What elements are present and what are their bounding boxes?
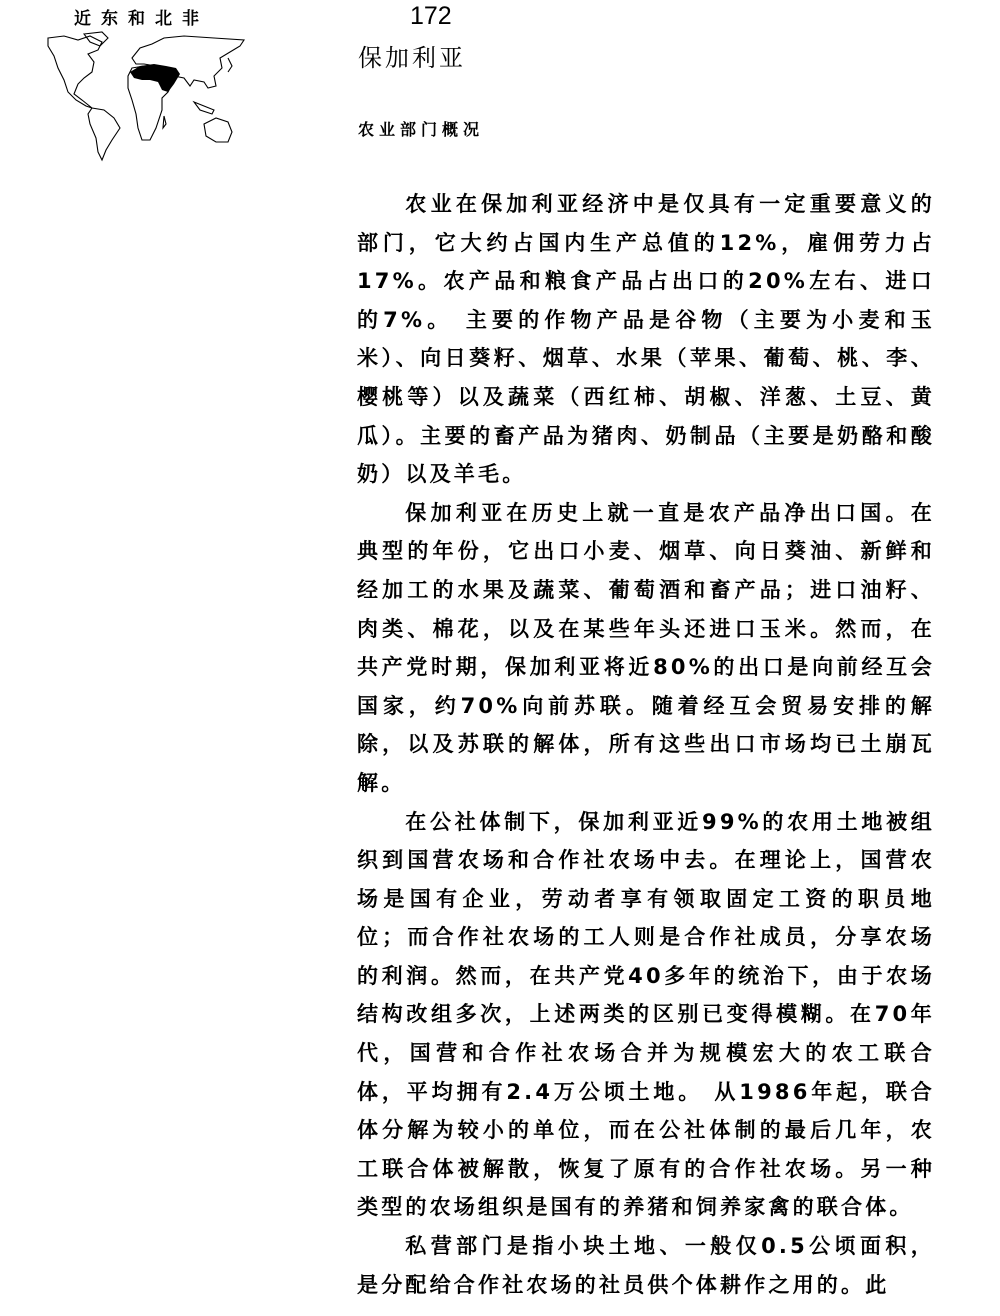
body-text: 农业在保加利亚经济中是仅具有一定重要意义的部门，它大约占国内生产总值的12%，雇… — [357, 185, 935, 1304]
world-map-icon — [44, 28, 256, 162]
paragraph: 私营部门是指小块土地、一般仅0.5公顷面积，是分配给合作社农场的社员供个体耕作之… — [357, 1227, 935, 1304]
page-number: 172 — [410, 2, 452, 31]
paragraph: 在公社体制下，保加利亚近99%的农用土地被组织到国营农场和合作社农场中去。在理论… — [357, 803, 935, 1228]
section-heading: 农业部门概况 — [358, 117, 484, 140]
paragraph: 农业在保加利亚经济中是仅具有一定重要意义的部门，它大约占国内生产总值的12%，雇… — [357, 185, 935, 494]
country-title: 保加利亚 — [358, 38, 466, 73]
region-label: 近东和北非 — [74, 4, 209, 29]
paragraph: 保加利亚在历史上就一直是农产品净出口国。在典型的年份，它出口小麦、烟草、向日葵油… — [357, 494, 935, 803]
